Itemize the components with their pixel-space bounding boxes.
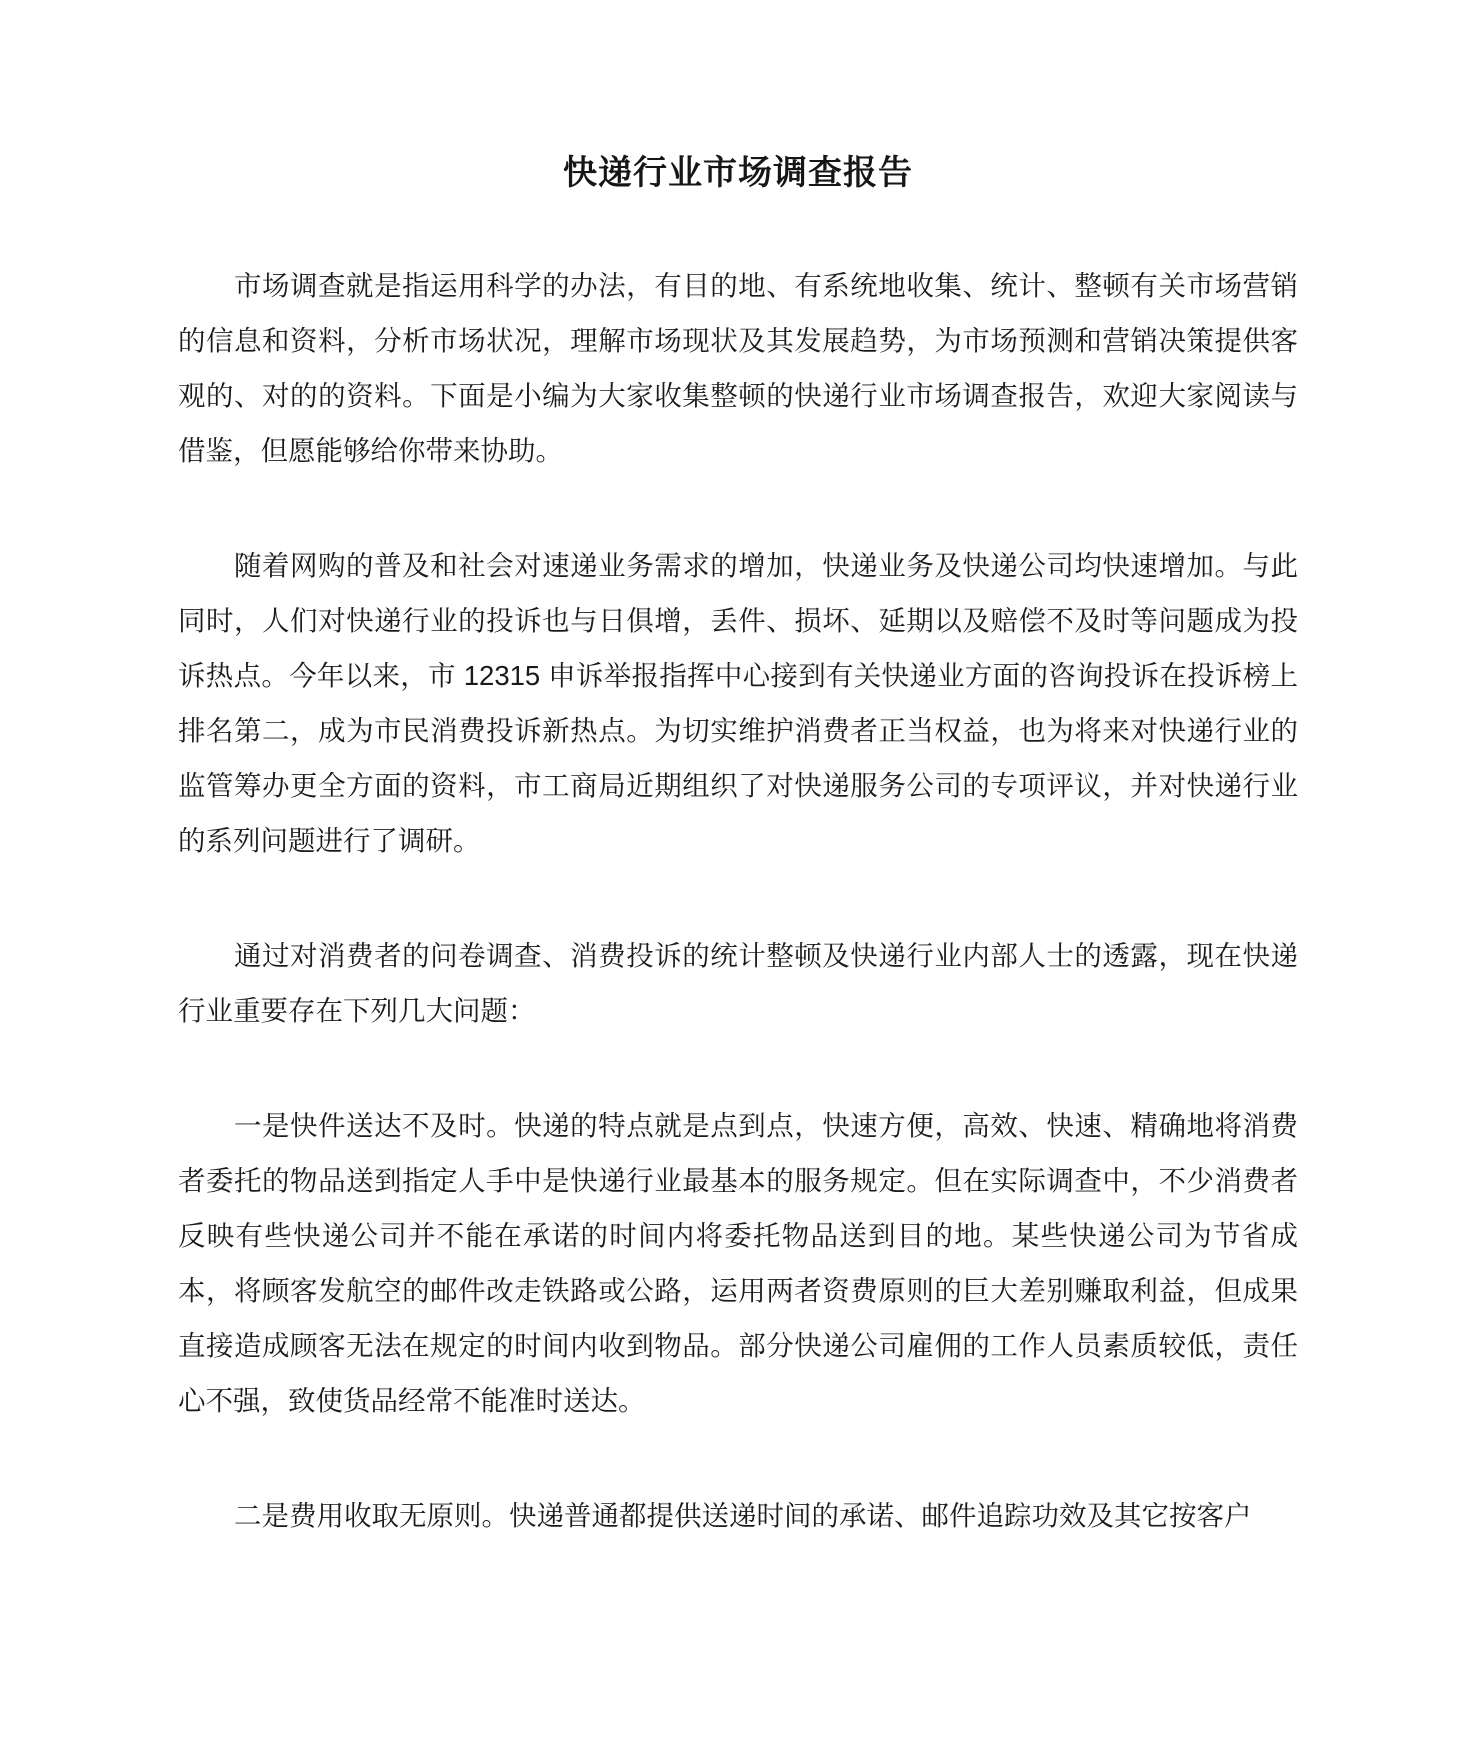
paragraph-issue-two: 二是费用收取无原则。快递普通都提供送递时间的承诺、邮件追踪功效及其它按客户 [178,1488,1298,1543]
paragraph-intro: 市场调查就是指运用科学的办法，有目的地、有系统地收集、统计、整顿有关市场营销的信… [178,258,1298,478]
paragraph-issue-one: 一是快件送达不及时。快递的特点就是点到点，快速方便，高效、快速、精确地将消费者委… [178,1098,1298,1428]
document-title: 快递行业市场调查报告 [178,150,1298,196]
paragraph-survey-summary: 通过对消费者的问卷调查、消费投诉的统计整顿及快递行业内部人士的透露，现在快递行业… [178,928,1298,1038]
document-page: 快递行业市场调查报告 市场调查就是指运用科学的办法，有目的地、有系统地收集、统计… [178,0,1298,1543]
paragraph-background: 随着网购的普及和社会对速递业务需求的增加，快递业务及快递公司均快速增加。与此同时… [178,538,1298,868]
